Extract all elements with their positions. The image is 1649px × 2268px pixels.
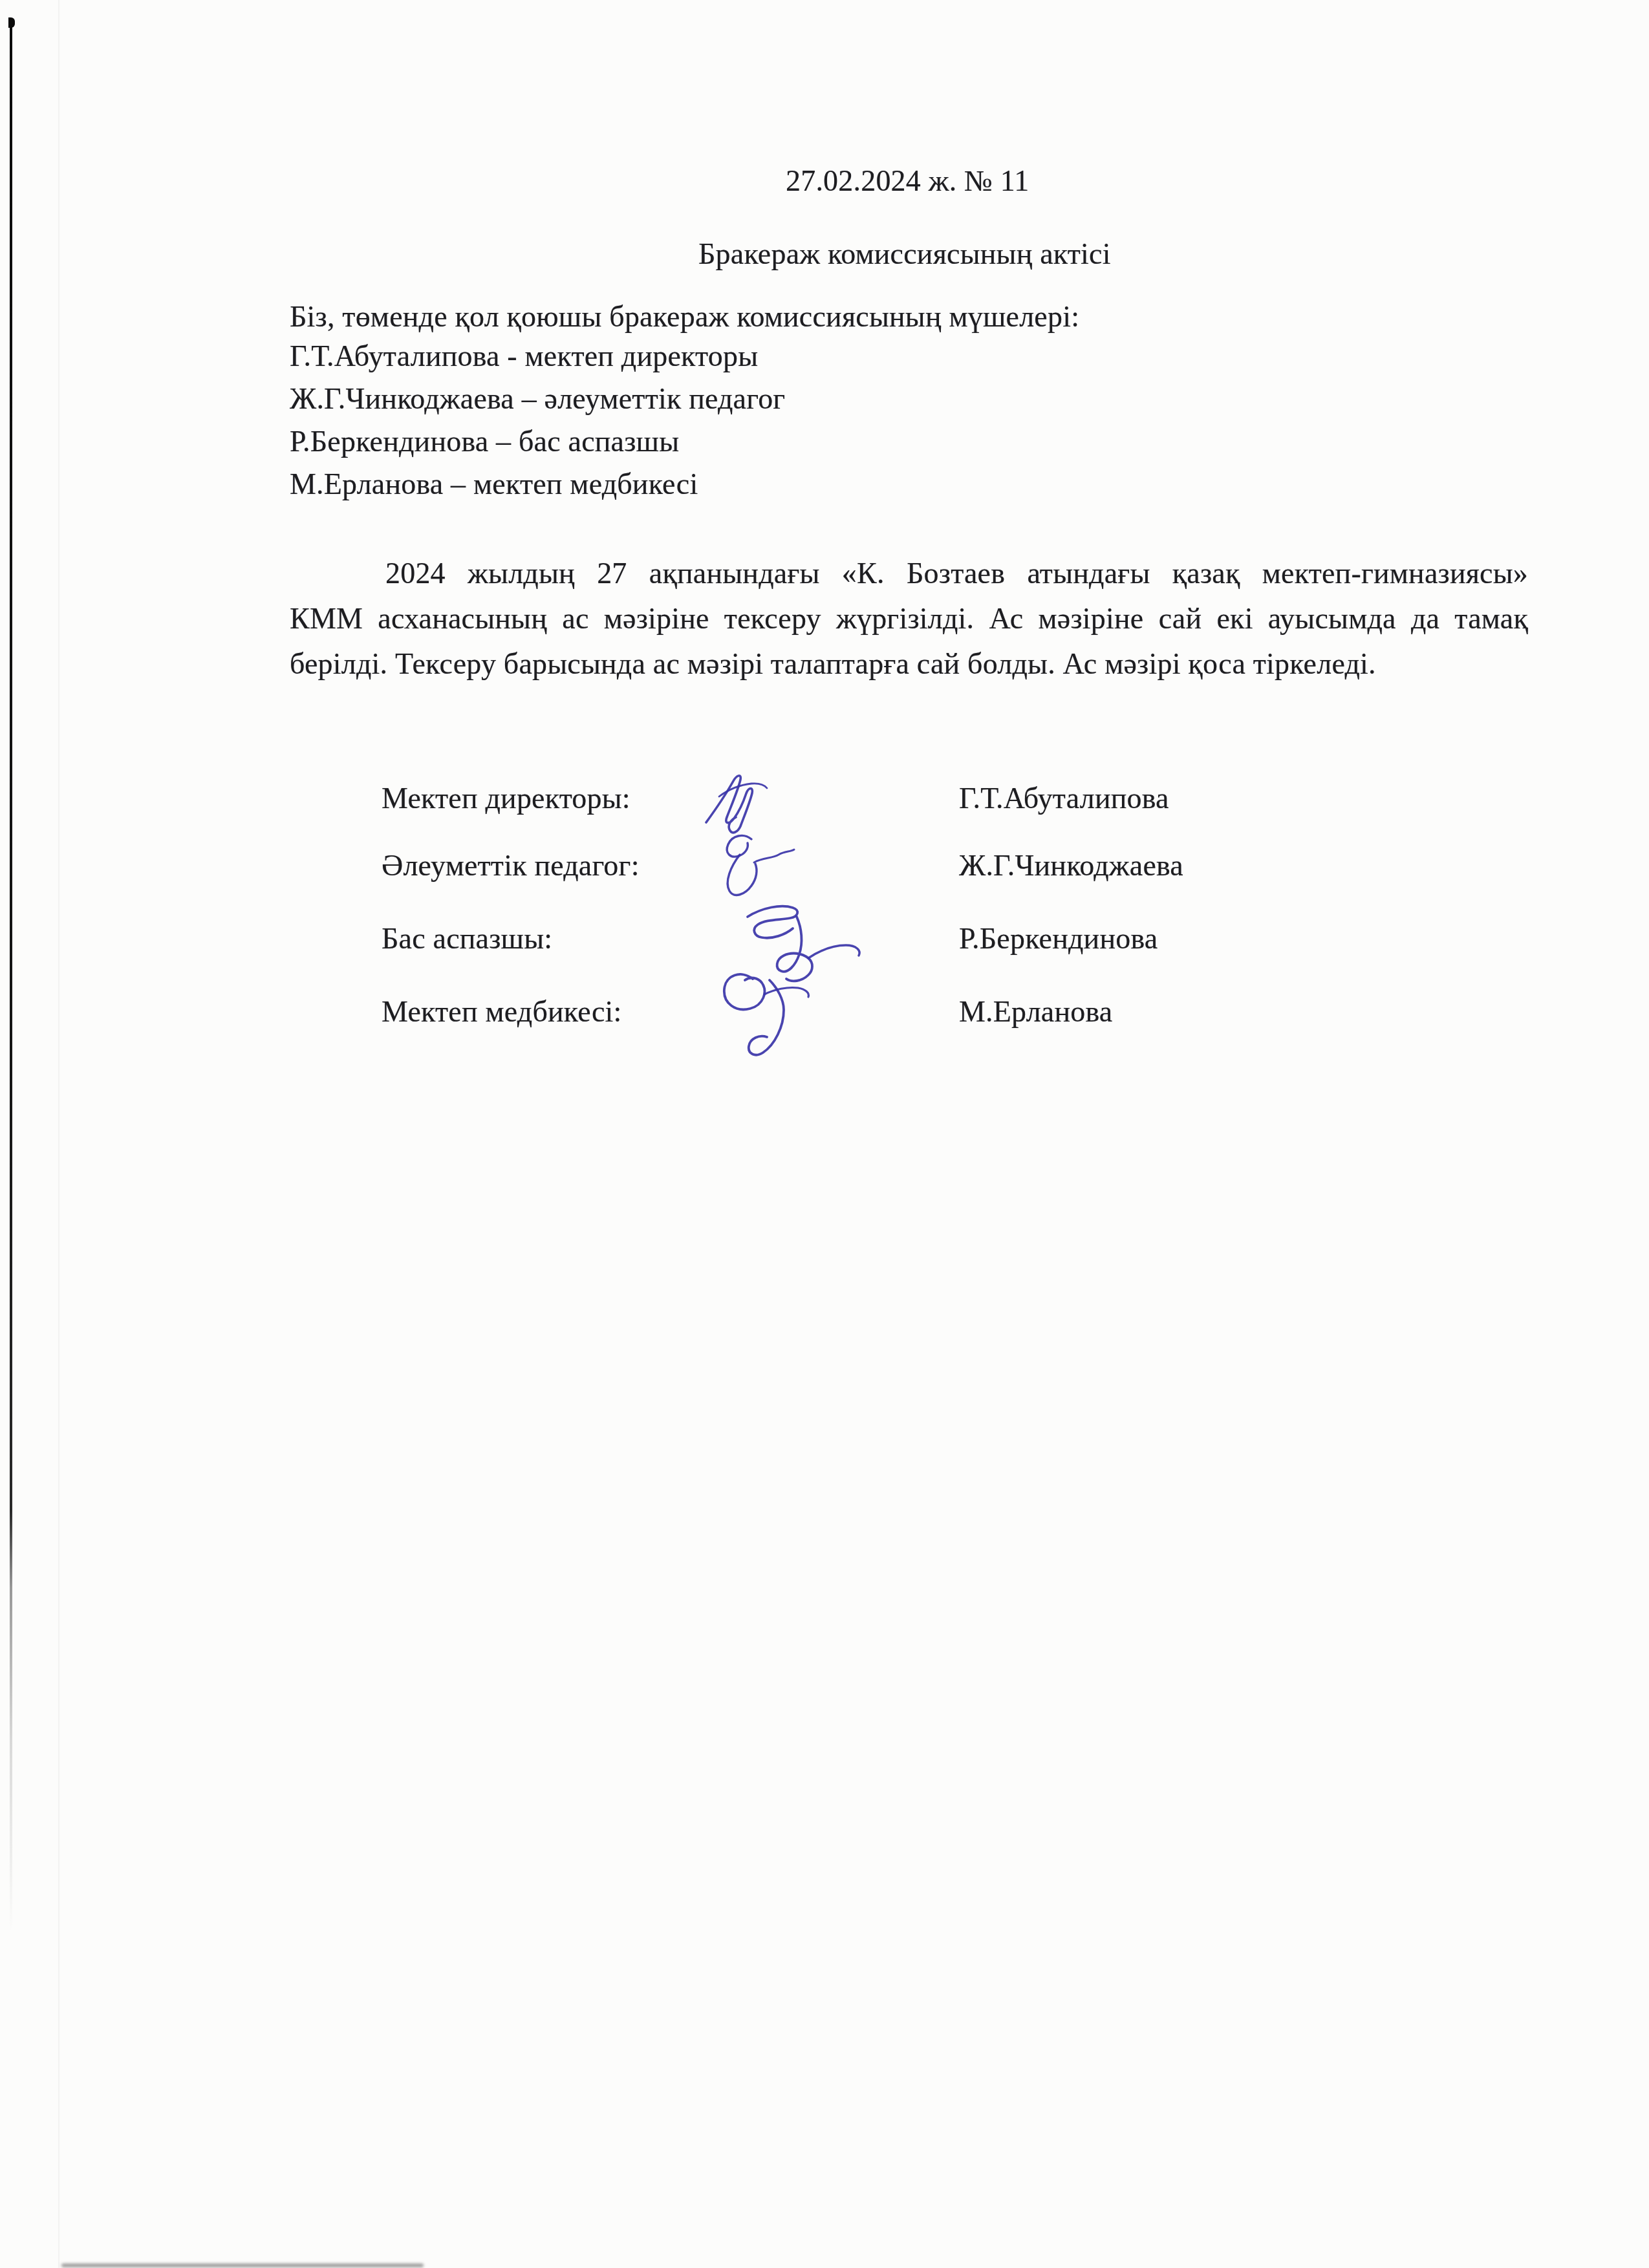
member-nurse: М.Ерланова – мектеп медбикесі	[290, 463, 785, 506]
body-line-3: берілді. Тексеру барысында ас мәзірі тал…	[290, 641, 1528, 687]
body-line-1: 2024 жылдың 27 ақпанындағы «К. Бозтаев а…	[290, 551, 1528, 596]
signature-role-director: Мектеп директоры:	[382, 780, 630, 816]
document-title: Бракераж комиссиясының актісі	[698, 236, 1111, 272]
signature-name-nurse: М.Ерланова	[959, 994, 1112, 1029]
member-cook: Р.Беркендинова – бас аспазшы	[290, 420, 785, 463]
scan-faint-line	[58, 0, 59, 2268]
member-pedagog: Ж.Г.Чинкоджаева – әлеуметтік педагог	[290, 378, 785, 420]
scanned-document-page: 27.02.2024 ж. № 11 Бракераж комиссиясыны…	[0, 0, 1649, 2268]
signature-name-cook: Р.Беркендинова	[959, 921, 1158, 956]
body-line-2: КММ асханасының ас мәзіріне тексеру жүрг…	[290, 596, 1528, 641]
intro-line: Біз, төменде қол қоюшы бракераж комиссия…	[290, 299, 1079, 334]
body-paragraph: 2024 жылдың 27 ақпанындағы «К. Бозтаев а…	[290, 551, 1528, 687]
signature-ink-nurse	[702, 952, 845, 1071]
scan-bottom-smudge	[61, 2263, 424, 2267]
members-list: Г.Т.Абуталипова - мектеп директоры Ж.Г.Ч…	[290, 335, 785, 506]
member-director: Г.Т.Абуталипова - мектеп директоры	[290, 335, 785, 378]
signature-name-director: Г.Т.Абуталипова	[959, 780, 1169, 816]
signature-role-nurse: Мектеп медбикесі:	[382, 994, 622, 1029]
scan-edge-line	[10, 18, 12, 1932]
document-date-number: 27.02.2024 ж. № 11	[786, 163, 1029, 198]
scan-edge-notch	[8, 17, 15, 28]
signature-role-pedagog: Әлеуметтік педагог:	[382, 848, 640, 883]
signature-role-cook: Бас аспазшы:	[382, 921, 552, 956]
signature-name-pedagog: Ж.Г.Чинкоджаева	[959, 848, 1183, 883]
